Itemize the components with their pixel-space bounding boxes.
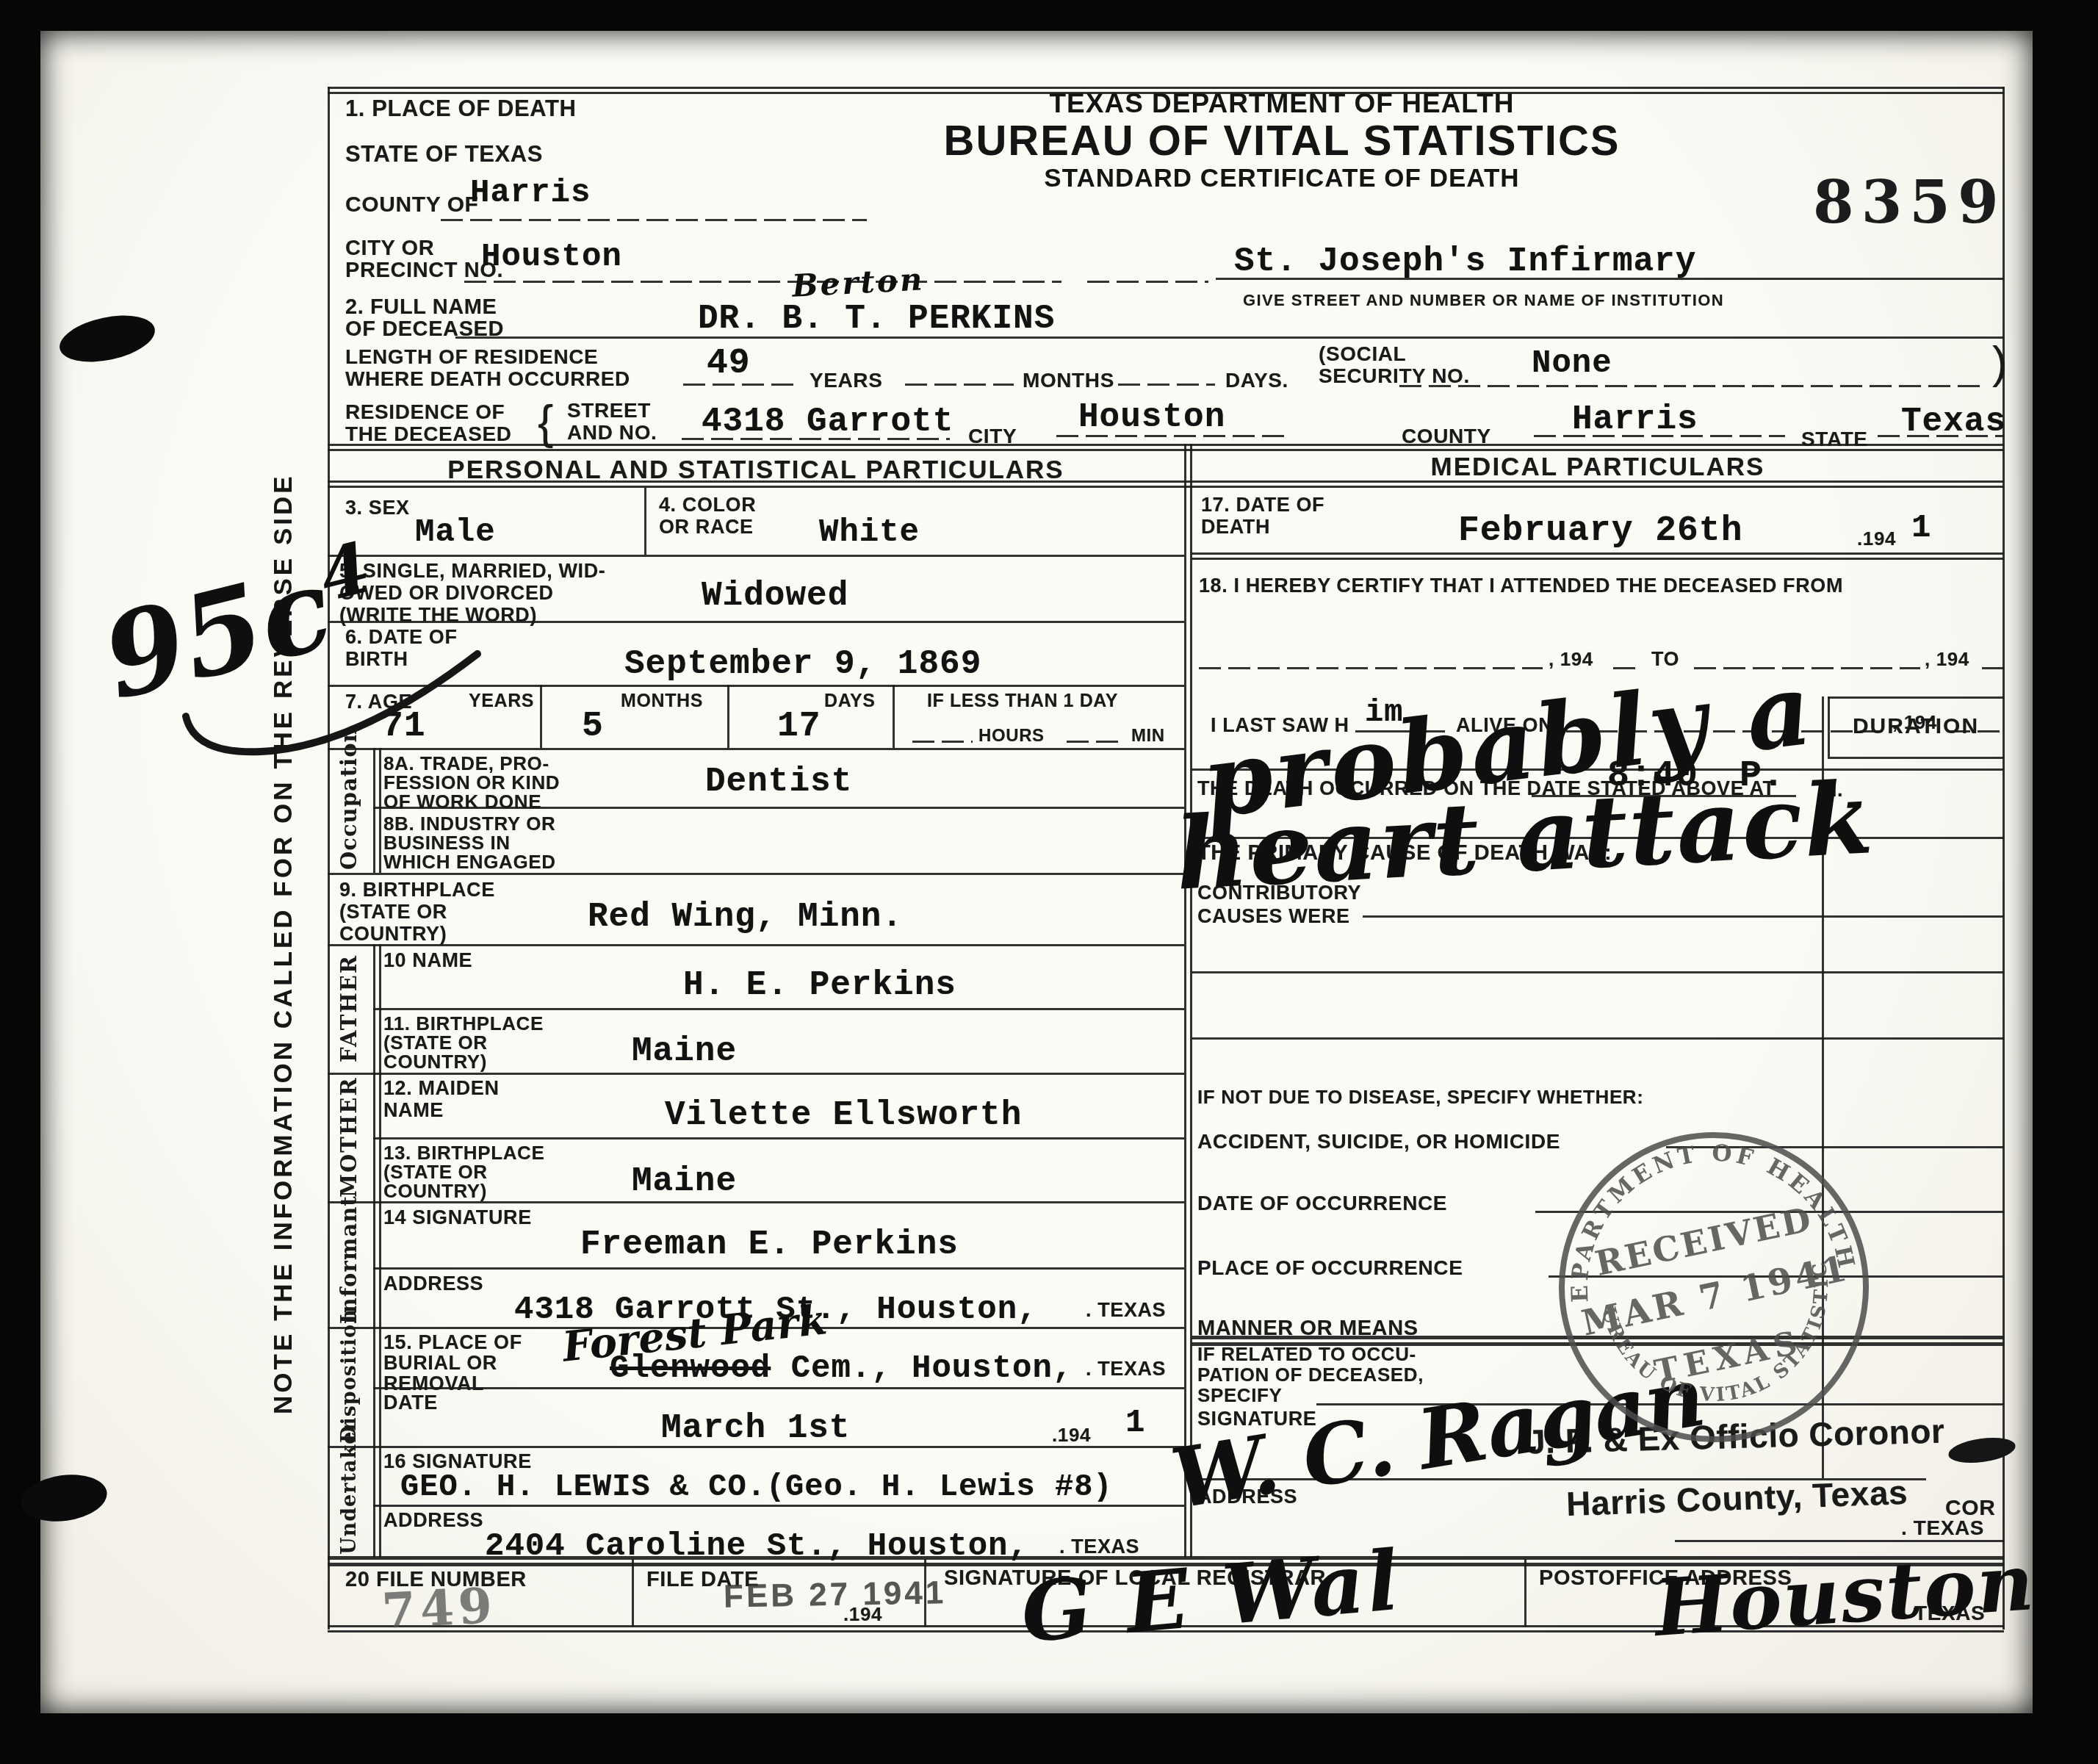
mother-name-value: Vilette Ellsworth bbox=[665, 1096, 1022, 1134]
min-underline bbox=[1067, 741, 1124, 743]
street-value: 4318 Garrott bbox=[702, 403, 954, 441]
date-of-death-value: February 26th bbox=[1458, 511, 1742, 551]
birthplace-value: Red Wing, Minn. bbox=[588, 898, 903, 936]
city-label: CITY OR bbox=[345, 237, 434, 261]
date-of-death-label-2: DEATH bbox=[1201, 516, 1270, 539]
institution-value: St. Joseph's Infirmary bbox=[1234, 242, 1696, 281]
certify-label: 18. I HEREBY CERTIFY THAT I ATTENDED THE… bbox=[1199, 575, 1843, 597]
med-line-4 bbox=[1192, 971, 2004, 973]
burial-state: . TEXAS bbox=[1086, 1358, 1166, 1380]
row-line-8 bbox=[373, 1008, 1184, 1010]
father-name-value: H. E. Perkins bbox=[683, 966, 956, 1004]
tab-divider-lower bbox=[373, 944, 375, 1558]
undertaker-value: GEO. H. LEWIS & CO.(Geo. H. Lewis #8) bbox=[400, 1469, 1113, 1505]
burial-date-value: March 1st bbox=[661, 1409, 850, 1447]
mother-tab: MOTHER bbox=[336, 1076, 361, 1198]
undertaker-tab: Undertaker bbox=[338, 1449, 361, 1555]
city-value: Houston bbox=[481, 239, 622, 276]
informant-addr-state: . TEXAS bbox=[1086, 1299, 1166, 1322]
full-name-value: DR. B. T. PERKINS bbox=[698, 300, 1055, 338]
ssn-value: None bbox=[1532, 345, 1612, 382]
birthplace-label-3: COUNTRY) bbox=[339, 923, 447, 946]
informant-sig-label: 14 SIGNATURE bbox=[383, 1206, 532, 1229]
occupation-tab: Occupation bbox=[336, 751, 361, 870]
residence-county-value: Harris bbox=[1572, 400, 1698, 439]
form-right-border bbox=[2003, 87, 2005, 1630]
burial-label-2: BURIAL OR bbox=[383, 1352, 497, 1375]
birthplace-label-2: (STATE OR bbox=[339, 901, 447, 924]
residence-state-value: Texas bbox=[1901, 403, 2006, 441]
med-line-5 bbox=[1192, 1037, 2004, 1040]
hours-underline bbox=[912, 741, 973, 743]
undertaker-addr-label: ADDRESS bbox=[383, 1509, 483, 1532]
burial-rest: Cem., Houston, bbox=[771, 1350, 1073, 1387]
row-line-16 bbox=[373, 1505, 1184, 1507]
ifrel-label-1: IF RELATED TO OCCU- bbox=[1197, 1343, 1416, 1366]
mother-bp-value: Maine bbox=[632, 1162, 737, 1200]
ifrel-label-2: PATION OF DECEASED, bbox=[1197, 1364, 1424, 1386]
full-name-label-1: 2. FULL NAME bbox=[345, 295, 497, 320]
age-months-header: MONTHS bbox=[621, 691, 703, 712]
margin-pen-swoosh bbox=[173, 628, 489, 768]
informant-value: Freeman E. Perkins bbox=[580, 1225, 959, 1264]
city-underline-1 bbox=[464, 281, 1061, 283]
length-residence-label-1: LENGTH OF RESIDENCE bbox=[345, 345, 598, 369]
file-date-stamp: FEB 27 1941 bbox=[724, 1574, 947, 1615]
residence-state-label: STATE bbox=[1801, 428, 1868, 451]
precinct-label: PRECINCT NO. bbox=[345, 259, 503, 283]
standard-title: STANDARD CERTIFICATE OF DEATH bbox=[904, 164, 1660, 193]
death-row-divider bbox=[1192, 552, 2004, 555]
days-underline bbox=[1118, 384, 1215, 386]
informant-addr-label: ADDRESS bbox=[383, 1272, 483, 1295]
personal-band-header: PERSONAL AND STATISTICAL PARTICULARS bbox=[328, 456, 1184, 485]
length-residence-label-2: WHERE DEATH OCCURRED bbox=[345, 367, 630, 391]
marital-label-1: 5. SINGLE, MARRIED, WID- bbox=[339, 560, 605, 583]
file-number-stamp: 749 bbox=[381, 1577, 498, 1640]
marital-value: Widowed bbox=[702, 577, 848, 615]
burial-date-label: DATE bbox=[383, 1392, 438, 1414]
sex-label: 3. SEX bbox=[345, 497, 410, 519]
street-label-1: STREET bbox=[567, 399, 651, 422]
ifless-header: IF LESS THAN 1 DAY bbox=[927, 691, 1118, 712]
ifnot-label: IF NOT DUE TO DISEASE, SPECIFY WHETHER: bbox=[1197, 1086, 1644, 1109]
color-label-2: OR RACE bbox=[659, 516, 754, 539]
years-underline bbox=[683, 384, 797, 386]
dob-value: September 9, 1869 bbox=[624, 645, 981, 683]
city-underline-2 bbox=[1087, 281, 1208, 283]
residence-city-label: CITY bbox=[968, 425, 1017, 448]
age-months-value: 5 bbox=[582, 707, 604, 746]
form-title-block: TEXAS DEPARTMENT OF HEALTH BUREAU OF VIT… bbox=[904, 88, 1660, 193]
burial-label-1: 15. PLACE OF bbox=[383, 1331, 522, 1354]
sex-color-divider bbox=[644, 488, 646, 555]
certificate-number: 8359 bbox=[1813, 168, 2006, 237]
residence-label-1: RESIDENCE OF bbox=[345, 400, 505, 424]
dateocc-label: DATE OF OCCURRENCE bbox=[1197, 1192, 1447, 1215]
film-scan-background: NOTE THE INFORMATION CALLED FOR ON THE R… bbox=[0, 0, 2098, 1764]
state-of-texas-label: STATE OF TEXAS bbox=[345, 141, 543, 168]
row-line-12 bbox=[373, 1267, 1184, 1270]
age-divider-2 bbox=[727, 685, 729, 748]
institution-note: GIVE STREET AND NUMBER OR NAME OF INSTIT… bbox=[1243, 291, 1724, 310]
father-bp-value: Maine bbox=[632, 1032, 737, 1070]
certify-line-1 bbox=[1199, 667, 1543, 669]
trade-label-3: OF WORK DONE bbox=[383, 791, 541, 813]
place-of-death-label: 1. PLACE OF DEATH bbox=[345, 96, 576, 122]
months-label: MONTHS bbox=[1023, 369, 1114, 392]
undertaker-addr-state: . TEXAS bbox=[1059, 1536, 1139, 1558]
row-line-14 bbox=[373, 1387, 1184, 1389]
age-days-header: DAYS bbox=[824, 691, 876, 712]
med-line-3 bbox=[1363, 915, 2004, 918]
sex-value: Male bbox=[415, 514, 496, 551]
months-underline bbox=[905, 384, 1014, 386]
residence-brace: { bbox=[538, 395, 554, 450]
bureau-title: BUREAU OF VITAL STATISTICS bbox=[904, 119, 1660, 164]
father-name-label: 10 NAME bbox=[383, 949, 472, 972]
placeocc-label: PLACE OF OCCURRENCE bbox=[1197, 1256, 1463, 1280]
county-value: Harris bbox=[470, 175, 591, 212]
occupation-value: Dentist bbox=[705, 763, 852, 801]
ssn-underline bbox=[1399, 385, 1980, 387]
ifrel-label-3: SPECIFY bbox=[1197, 1384, 1282, 1407]
years-label: YEARS bbox=[810, 369, 882, 392]
duration-label: DURATION bbox=[1828, 714, 2004, 739]
residence-years-value: 49 bbox=[707, 344, 751, 384]
county-label: COUNTY OF bbox=[345, 192, 479, 217]
color-value: White bbox=[819, 514, 920, 551]
received-stamp: DEPARTMENT OF HEALTH BUREAU OF VITAL STA… bbox=[1498, 1076, 1931, 1497]
days-label: DAYS. bbox=[1225, 369, 1288, 392]
undertaker-addr-value: 2404 Caroline St., Houston, bbox=[485, 1528, 1028, 1565]
age-divider-1 bbox=[540, 685, 542, 748]
bottom-divider-3 bbox=[1524, 1559, 1526, 1627]
min-label: MIN bbox=[1131, 726, 1165, 746]
street-label-2: AND NO. bbox=[567, 421, 657, 444]
full-name-underline bbox=[455, 336, 2004, 339]
age-days-value: 17 bbox=[777, 707, 821, 746]
center-column-divider bbox=[1184, 444, 1186, 1558]
received-stamp-svg: DEPARTMENT OF HEALTH BUREAU OF VITAL STA… bbox=[1498, 1076, 1931, 1497]
row-line-10 bbox=[373, 1137, 1184, 1140]
age-divider-3 bbox=[893, 685, 895, 748]
ssn-label-1: (SOCIAL bbox=[1319, 342, 1406, 366]
dept-title: TEXAS DEPARTMENT OF HEALTH bbox=[904, 88, 1660, 119]
row-line-1 bbox=[328, 555, 1184, 557]
medical-band-header: MEDICAL PARTICULARS bbox=[1192, 453, 2004, 482]
hours-label: HOURS bbox=[978, 726, 1045, 746]
accident-label: ACCIDENT, SUICIDE, OR HOMICIDE bbox=[1197, 1130, 1560, 1153]
form-left-border bbox=[328, 87, 330, 1630]
mother-bp-label-3: COUNTRY) bbox=[383, 1180, 487, 1203]
birthplace-label-1: 9. BIRTHPLACE bbox=[339, 879, 495, 901]
name-annotation-handwritten: Berton bbox=[791, 261, 926, 303]
residence-county-label: COUNTY bbox=[1402, 425, 1491, 448]
certify-line-2 bbox=[1613, 667, 1643, 669]
residence-label-2: THE DECEASED bbox=[345, 422, 512, 446]
maiden-label-2: NAME bbox=[383, 1099, 444, 1122]
ssn-label-2: SECURITY NO. bbox=[1319, 364, 1470, 388]
burial-date-194: .194 bbox=[1052, 1424, 1091, 1447]
maiden-label-1: 12. MAIDEN bbox=[383, 1077, 500, 1100]
residence-city-value: Houston bbox=[1078, 398, 1225, 436]
ssn-close-paren: ) bbox=[1992, 336, 2008, 389]
row-line-7 bbox=[328, 944, 1184, 946]
burial-date-year1: 1 bbox=[1125, 1405, 1145, 1441]
certify-line-4 bbox=[1982, 667, 2004, 669]
death-194: .194 bbox=[1857, 528, 1896, 550]
full-name-label-2: OF DECEASED bbox=[345, 317, 504, 342]
father-bp-label-3: COUNTRY) bbox=[383, 1051, 487, 1073]
coroner-texas: . TEXAS bbox=[1901, 1516, 1984, 1540]
duration-box-bottom bbox=[1828, 757, 2004, 759]
father-tab: FATHER bbox=[336, 947, 361, 1070]
informant-tab: Informant bbox=[336, 1204, 361, 1324]
certify-194a: , 194 bbox=[1549, 648, 1593, 671]
certify-194b: , 194 bbox=[1925, 648, 1969, 671]
county-underline bbox=[441, 219, 867, 221]
bottom-divider-1 bbox=[632, 1559, 634, 1627]
industry-label-3: WHICH ENGAGED bbox=[383, 851, 556, 874]
date-of-death-label-1: 17. DATE OF bbox=[1201, 494, 1324, 516]
death-year1: 1 bbox=[1911, 510, 1931, 547]
duration-box-top bbox=[1828, 696, 2004, 699]
manner-label: MANNER OR MEANS bbox=[1197, 1317, 1419, 1341]
color-label-1: 4. COLOR bbox=[659, 494, 756, 516]
file-date-194: .194 bbox=[843, 1603, 882, 1626]
